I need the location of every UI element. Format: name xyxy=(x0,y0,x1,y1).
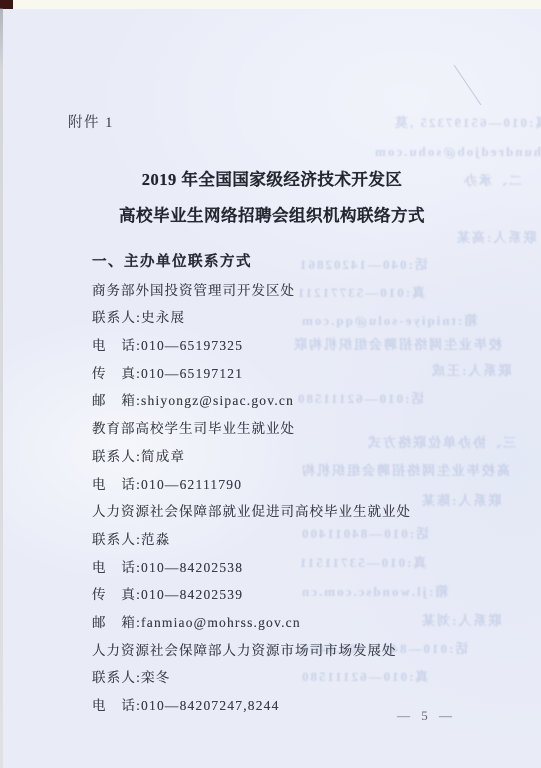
contact-email: 邮 箱:fanmiao@mohrss.gov.cn xyxy=(92,609,411,637)
contact-person: 联系人:栾冬 xyxy=(92,664,411,692)
contact-org: 人力资源社会保障部人力资源市场司市场发展处 xyxy=(92,637,411,665)
document-body: 一、主办单位联系方式 商务部外国投资管理司开发区处 联系人:史永展 电 话:01… xyxy=(92,249,411,720)
section-heading: 一、主办单位联系方式 xyxy=(92,249,411,277)
contact-phone: 电 话:010—84207247,8244 xyxy=(92,692,411,720)
contact-fax: 传 真:010—65197121 xyxy=(92,360,411,388)
attachment-label: 附件 1 xyxy=(68,111,114,132)
contact-email: 邮 箱:shiyongz@sipac.gov.cn xyxy=(92,387,411,415)
ghost-text: 真:010—65197325 ,莫 xyxy=(393,112,541,131)
contact-org: 人力资源社会保障部就业促进司高校毕业生就业处 xyxy=(92,498,411,526)
paper-crease-line xyxy=(454,65,482,105)
contact-phone: 电 话:010—62111790 xyxy=(92,471,411,499)
contact-person: 联系人:简成章 xyxy=(92,443,411,471)
contact-person: 联系人:史永展 xyxy=(92,304,411,332)
page-number: — 5 — xyxy=(397,708,456,724)
ghost-text: 联系人:刘某 xyxy=(420,610,501,629)
contact-fax: 传 真:010—84202539 xyxy=(92,581,411,609)
contact-org: 商务部外国投资管理司开发区处 xyxy=(92,277,411,305)
ghost-text: 箱:hundredjob@sohu.com xyxy=(373,141,541,160)
scanned-document-page: 真:010—65197325 ,莫 箱:hundredjob@sohu.com … xyxy=(0,0,541,768)
paper-sheet: 真:010—65197325 ,莫 箱:hundredjob@sohu.com … xyxy=(3,9,541,768)
ghost-text: 联系人:陈某 xyxy=(420,490,501,509)
document-title-line2: 高校毕业生网络招聘会组织机构联络方式 xyxy=(3,198,541,234)
ghost-text: 联系人:王成 xyxy=(430,360,511,379)
document-title-line1: 2019 年全国国家级经济技术开发区 xyxy=(3,162,541,198)
contact-person: 联系人:范淼 xyxy=(92,526,411,554)
contact-phone: 电 话:010—84202538 xyxy=(92,554,411,582)
contact-org: 教育部高校学生司毕业生就业处 xyxy=(92,415,411,443)
contact-phone: 电 话:010—65197325 xyxy=(92,332,411,360)
document-title: 2019 年全国国家级经济技术开发区 高校毕业生网络招聘会组织机构联络方式 xyxy=(3,162,541,234)
